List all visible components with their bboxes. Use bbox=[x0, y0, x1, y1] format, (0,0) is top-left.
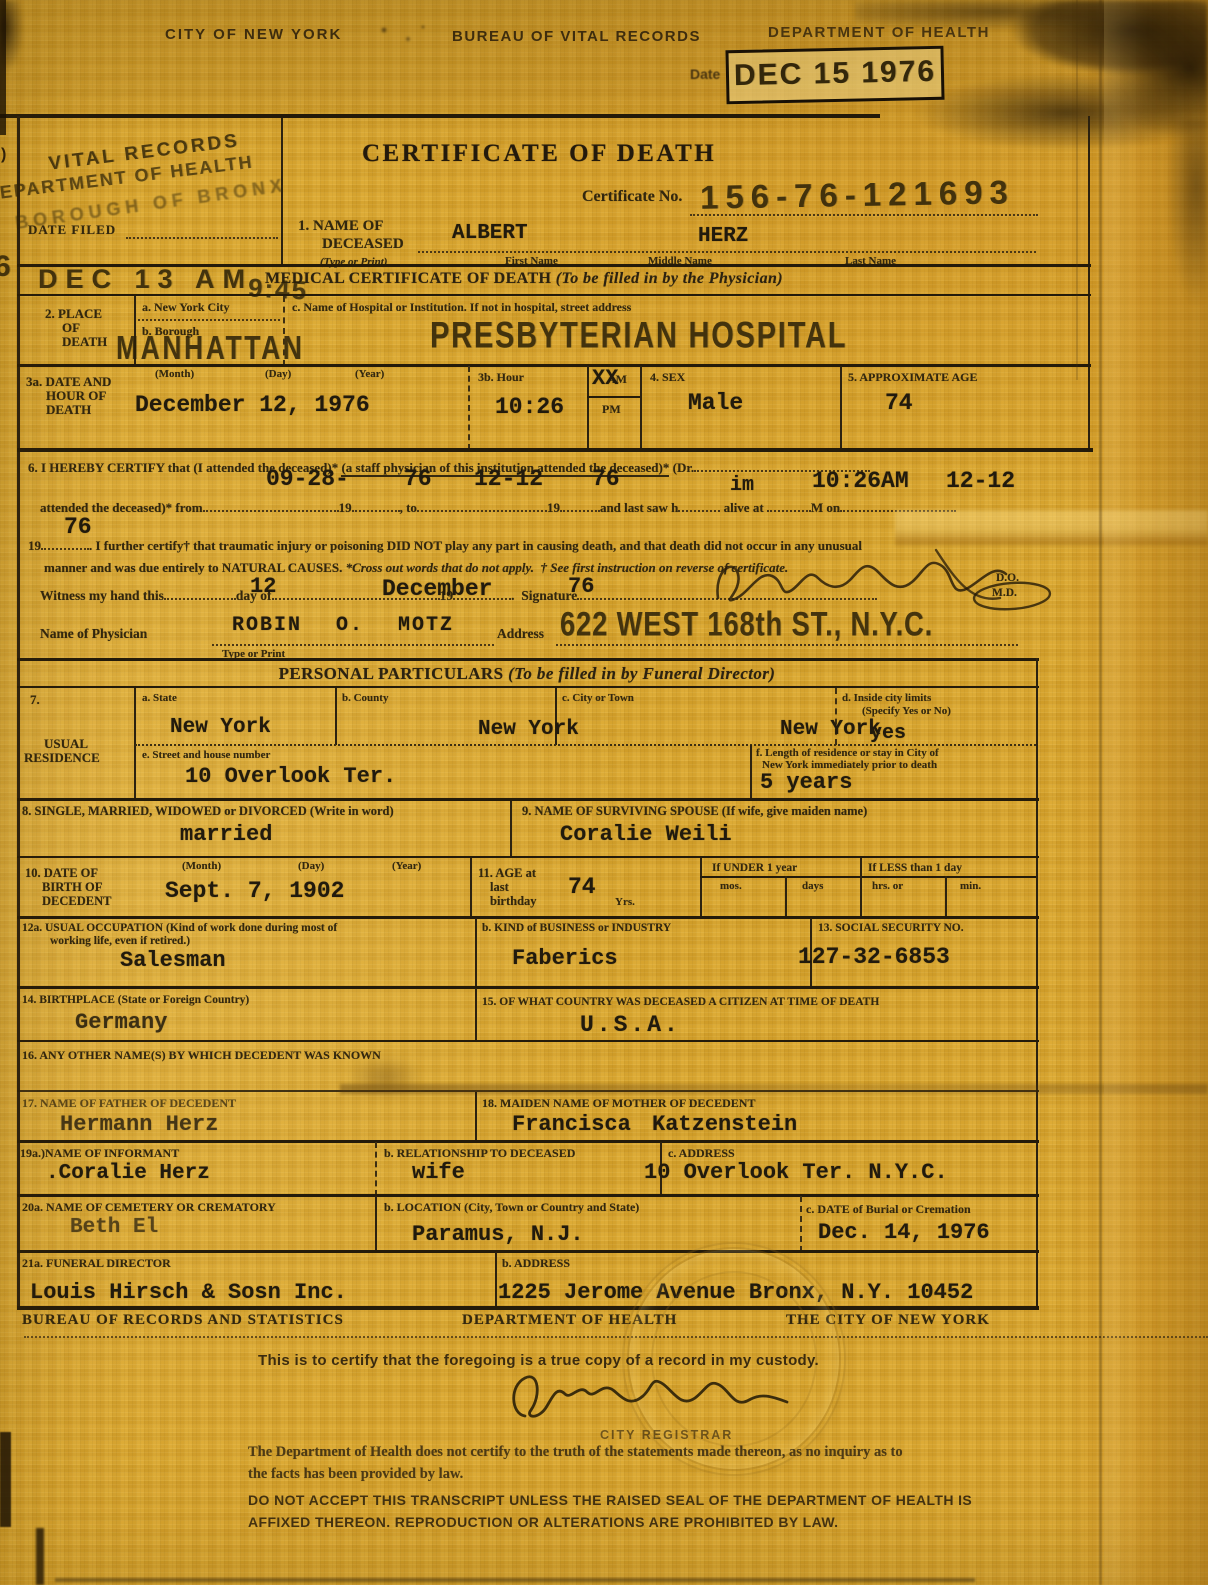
edge-mark-left-lower bbox=[0, 1432, 11, 1527]
place-divider-2 bbox=[283, 296, 285, 366]
hour-divider bbox=[468, 366, 470, 450]
r7-inner-dashed-line bbox=[135, 744, 1036, 746]
r7-county-value: New York bbox=[478, 718, 579, 741]
dots-h bbox=[41, 538, 89, 550]
r7-d-label-2: (Specify Yes or No) bbox=[862, 705, 951, 717]
medical-heading: MEDICAL CERTIFICATE OF DEATH (To be fill… bbox=[265, 270, 783, 288]
r10-num-3: DECEDENT bbox=[42, 894, 111, 909]
physician-name-value: ROBIN O. MOTZ bbox=[232, 614, 454, 637]
alive-on-date-value: 12-12 bbox=[946, 468, 1015, 494]
name-of-label: 1. NAME OF bbox=[298, 218, 383, 235]
alive-at-time-value: 10:26AM bbox=[812, 468, 909, 494]
dots-i bbox=[164, 588, 236, 600]
warning-line-2: AFFIXED THEREON. REPRODUCTION OR ALTERAT… bbox=[248, 1514, 838, 1530]
r20-div-bc bbox=[800, 1196, 802, 1252]
city-registrar-title: CITY REGISTRAR bbox=[600, 1428, 733, 1442]
rule-under-r1718 bbox=[17, 1140, 1039, 1143]
am-crossout-mark: XX bbox=[592, 366, 618, 391]
r7-length-residence-value: 5 years bbox=[760, 770, 852, 795]
r16-label: 16. ANY OTHER NAME(S) BY WHICH DECEDENT … bbox=[22, 1048, 381, 1063]
date-filed-label: DATE FILED bbox=[28, 222, 116, 238]
top-bureau-label: BUREAU OF VITAL RECORDS bbox=[452, 28, 701, 45]
r15-value: U.S.A. bbox=[580, 1012, 681, 1038]
attended-from-date: 09-28- bbox=[266, 466, 349, 492]
warning-line-1: DO NOT ACCEPT THIS TRANSCRIPT UNLESS THE… bbox=[248, 1492, 972, 1508]
r19-div-ab bbox=[375, 1142, 377, 1196]
rule-under-personal-heading bbox=[17, 686, 1039, 688]
dots-e bbox=[678, 500, 720, 512]
bottom-edge-shadow bbox=[55, 1578, 975, 1582]
deceased-label: DECEASED bbox=[322, 236, 404, 253]
r11-label-3: birthday bbox=[490, 894, 537, 909]
certify-line1c: (Dr. bbox=[669, 460, 694, 475]
medical-heading-note: (To be filled in by the Physician) bbox=[556, 270, 783, 287]
day-col-label: (Day) bbox=[265, 368, 291, 380]
r7-num: 7. bbox=[30, 692, 40, 708]
ampm-divider-right bbox=[640, 366, 642, 450]
r7-e-label: e. Street and house number bbox=[142, 749, 270, 761]
r20-div-ab bbox=[375, 1196, 377, 1252]
r10-num-1: 10. DATE OF bbox=[25, 866, 98, 881]
r19b-value: wife bbox=[412, 1160, 465, 1185]
r11-age-value: 74 bbox=[568, 874, 596, 900]
rule-under-r7 bbox=[17, 798, 1039, 801]
vertical-crease-main bbox=[1099, 0, 1102, 1585]
r19b-label: b. RELATIONSHIP TO DECEASED bbox=[384, 1146, 575, 1161]
year-col-label: (Year) bbox=[355, 368, 384, 380]
witness-label: Witness my hand this bbox=[40, 588, 164, 603]
r7-a-label: a. State bbox=[142, 692, 177, 704]
witness-year-value: 76 bbox=[568, 574, 594, 599]
top-rule bbox=[0, 114, 880, 118]
vertical-crease-faint bbox=[1076, 0, 1078, 380]
from-label: attended the deceased)* from bbox=[40, 500, 203, 515]
last-saw-him-value: im bbox=[730, 474, 754, 497]
r8-r9-divider bbox=[510, 801, 512, 858]
r12-value: Salesman bbox=[120, 948, 226, 973]
r21a-value: Louis Hirsch & Sosn Inc. bbox=[30, 1280, 347, 1305]
md-circle-mark bbox=[970, 578, 1060, 614]
r11-div-1 bbox=[785, 876, 787, 918]
place-hospital-value: PRESBYTERIAN HOSPITAL bbox=[430, 314, 847, 357]
sex-value: Male bbox=[688, 390, 743, 416]
rule-under-r1011 bbox=[17, 916, 1039, 919]
r12-label-1: 12a. USUAL OCCUPATION (Kind of work done… bbox=[22, 922, 337, 934]
rule-under-physician bbox=[17, 658, 1039, 661]
r7-side-label-2: RESIDENCE bbox=[24, 750, 100, 766]
on-year-value: 76 bbox=[64, 514, 92, 540]
received-date-stamp: DEC 13 AM bbox=[38, 264, 253, 295]
r20a-label: 20a. NAME OF CEMETERY OR CREMATORY bbox=[22, 1200, 276, 1215]
r11-min-label: min. bbox=[960, 880, 981, 892]
r19a-label: 19a.)NAME OF INFORMANT bbox=[20, 1146, 179, 1161]
r19c-value: 10 Overlook Ter. N.Y.C. bbox=[644, 1160, 948, 1185]
r11-hrs-label: hrs. or bbox=[872, 880, 903, 892]
r10-r11-divider bbox=[470, 858, 472, 918]
grime-right-edge bbox=[1150, 120, 1208, 340]
first-name-value: ALBERT bbox=[452, 222, 528, 245]
ampm-divider-left bbox=[587, 366, 589, 450]
r7-divider-ab bbox=[335, 688, 337, 745]
r12b-label: b. KIND of BUSINESS or INDUSTRY bbox=[482, 922, 671, 934]
r14-r15-divider bbox=[475, 988, 477, 1042]
footer-bureau: BUREAU OF RECORDS AND STATISTICS bbox=[22, 1312, 344, 1329]
r19a-value: .Coralie Herz bbox=[46, 1162, 210, 1185]
certify-line4: manner and was due entirely to NATURAL C… bbox=[44, 560, 788, 576]
r10-num-2: BIRTH OF bbox=[42, 880, 102, 895]
n19b: 19 bbox=[547, 500, 560, 515]
place-borough-value: MANHATTAN bbox=[116, 330, 304, 368]
r20c-value: Dec. 14, 1976 bbox=[818, 1220, 990, 1245]
r7-divider-ef bbox=[750, 745, 752, 800]
disclaimer-line-2: the facts has been provided by law. bbox=[248, 1466, 463, 1483]
r11-label-2: last bbox=[490, 880, 509, 895]
physician-name-label: Name of Physician bbox=[40, 626, 147, 642]
top-city-label: CITY OF NEW YORK bbox=[165, 26, 342, 43]
rule-under-medical-heading bbox=[17, 294, 1091, 296]
r15-label: 15. OF WHAT COUNTRY WAS DECEASED A CITIZ… bbox=[482, 996, 879, 1008]
margin-six-mark: 6 bbox=[0, 250, 11, 284]
age-label: 5. APPROXIMATE AGE bbox=[848, 370, 977, 385]
certificate-no-value: 156-76-121693 bbox=[700, 173, 1015, 216]
form-right-border-upper bbox=[1088, 116, 1090, 452]
n19a: 19 bbox=[339, 500, 352, 515]
margin-paren-mark: ) bbox=[1, 146, 6, 164]
witness-day-value: 12 bbox=[250, 574, 276, 599]
attended-to-date: 12-12 bbox=[474, 466, 543, 492]
left-edge-sliver bbox=[0, 0, 6, 135]
r10-year-label: (Year) bbox=[392, 860, 421, 872]
r11-div-3 bbox=[945, 876, 947, 918]
to-label: , to bbox=[400, 500, 417, 515]
r21b-label: b. ADDRESS bbox=[502, 1256, 570, 1271]
dots-d bbox=[560, 500, 600, 512]
r11-yrs-label: Yrs. bbox=[615, 896, 635, 908]
r11-subtable-hline bbox=[700, 876, 1036, 878]
r11-subtable-divider bbox=[700, 858, 702, 918]
dots-b bbox=[352, 500, 400, 512]
crease-dotted-line bbox=[24, 1336, 1208, 1338]
pm-label: PM bbox=[602, 402, 621, 417]
rule-under-r20 bbox=[17, 1250, 1039, 1253]
r21a-label: 21a. FUNERAL DIRECTOR bbox=[22, 1256, 171, 1271]
alive-label: alive at bbox=[724, 500, 764, 515]
rule-under-r1415 bbox=[17, 1040, 1039, 1042]
r8-label: 8. SINGLE, MARRIED, WIDOWED or DIVORCED … bbox=[22, 804, 394, 819]
ink-specks bbox=[372, 18, 432, 48]
r20a-value: Beth El bbox=[70, 1216, 158, 1239]
age-divider bbox=[840, 366, 842, 450]
certificate-title: CERTIFICATE OF DEATH bbox=[362, 140, 716, 168]
attended-to-year: 76 bbox=[592, 466, 620, 492]
crease-row17 bbox=[340, 1084, 1208, 1094]
r7-f-label: f. Length of residence or stay in City o… bbox=[756, 747, 939, 759]
saw-label: and last saw h bbox=[600, 500, 678, 515]
physician-name-dotted bbox=[212, 644, 494, 646]
r11-label-1: 11. AGE at bbox=[478, 866, 536, 881]
certify-line4a: manner and was due entirely to NATURAL C… bbox=[44, 560, 346, 575]
r20b-value: Paramus, N.J. bbox=[412, 1222, 584, 1247]
ampm-inner-line bbox=[587, 396, 640, 398]
age-value: 74 bbox=[885, 390, 913, 416]
r11-days-label: days bbox=[802, 880, 823, 892]
r18-label: 18. MAIDEN NAME OF MOTHER OF DECEDENT bbox=[482, 1096, 755, 1111]
stain-row16 bbox=[330, 1042, 440, 1106]
r7-b-label: b. County bbox=[342, 692, 388, 704]
m-on-label: M on bbox=[811, 500, 840, 515]
dots-c bbox=[417, 500, 547, 512]
r13-value: 127-32-6853 bbox=[798, 944, 950, 970]
personal-heading-note: (To be filled in by Funeral Director) bbox=[508, 664, 775, 683]
certificate-no-label: Certificate No. bbox=[582, 188, 682, 206]
r9-value: Coralie Weili bbox=[560, 822, 732, 847]
witness-month-value: December bbox=[382, 576, 492, 602]
r17-r18-divider bbox=[475, 1092, 477, 1142]
r20b-label: b. LOCATION (City, Town or Country and S… bbox=[384, 1200, 639, 1215]
attended-from-year: 76 bbox=[404, 466, 432, 492]
r11-mos-label: mos. bbox=[720, 880, 742, 892]
r10-day-label: (Day) bbox=[298, 860, 324, 872]
r7-street-value: 10 Overlook Ter. bbox=[185, 764, 396, 789]
r18-value: Francisca Katzenstein bbox=[512, 1112, 797, 1137]
r10-month-label: (Month) bbox=[182, 860, 221, 872]
form-right-border-lower bbox=[1036, 658, 1038, 1308]
r12b-value: Faberics bbox=[512, 946, 618, 971]
r8-value: married bbox=[180, 822, 272, 847]
certify-line4b: *Cross out words that do not apply. bbox=[346, 560, 534, 575]
top-date-label: Date bbox=[690, 66, 720, 82]
month-col-label: (Month) bbox=[155, 368, 194, 380]
registrar-signature-script bbox=[495, 1356, 825, 1434]
physician-address-value: 622 WEST 168th ST., N.Y.C. bbox=[560, 604, 933, 644]
place-a-dotted bbox=[138, 319, 280, 321]
death-certificate-scan: CITY OF NEW YORK BUREAU OF VITAL RECORDS… bbox=[0, 0, 1208, 1585]
place-num-3: DEATH bbox=[62, 334, 107, 350]
date-filed-dotted-line bbox=[126, 237, 278, 239]
r11-under-label: If UNDER 1 year bbox=[712, 862, 797, 874]
place-a-label: a. New York City bbox=[142, 300, 230, 315]
r13-label: 13. SOCIAL SECURITY NO. bbox=[818, 922, 964, 934]
rule-under-r19 bbox=[17, 1194, 1039, 1197]
r21-div-ab bbox=[495, 1252, 497, 1306]
personal-heading-main: PERSONAL PARTICULARS bbox=[279, 664, 508, 683]
r11-div-2 bbox=[860, 858, 862, 918]
datehour-num-3: DEATH bbox=[46, 402, 91, 418]
address-label: Address bbox=[497, 626, 544, 642]
sex-label: 4. SEX bbox=[650, 370, 685, 385]
r9-label: 9. NAME OF SURVIVING SPOUSE (If wife, gi… bbox=[522, 804, 867, 819]
r14-value: Germany bbox=[75, 1010, 167, 1035]
hour-label: 3b. Hour bbox=[478, 370, 524, 385]
r14-label: 14. BIRTHPLACE (State or Foreign Country… bbox=[22, 994, 249, 1006]
rule-under-r89 bbox=[17, 856, 1039, 858]
rule-under-r21 bbox=[17, 1306, 1039, 1310]
dots-a bbox=[203, 500, 339, 512]
r11-less-label: If LESS than 1 day bbox=[868, 862, 962, 874]
place-c-label: c. Name of Hospital or Institution. If n… bbox=[292, 300, 631, 315]
rule-under-r1213 bbox=[17, 986, 1039, 989]
n19c: 19 bbox=[28, 538, 41, 553]
r7-d-label: d. Inside city limits bbox=[842, 692, 931, 704]
hour-value: 10:26 bbox=[495, 394, 564, 420]
disclaimer-line-1: The Department of Health does not certif… bbox=[248, 1444, 903, 1461]
r7-c-label: c. City or Town bbox=[562, 692, 634, 704]
r10-value: Sept. 7, 1902 bbox=[165, 878, 344, 904]
r7-state-value: New York bbox=[170, 716, 271, 739]
r7-city-value: New York bbox=[780, 718, 881, 741]
vertical-crease-band bbox=[1104, 0, 1148, 1585]
r20c-label: c. DATE of Burial or Cremation bbox=[806, 1202, 971, 1217]
dots-f bbox=[767, 500, 811, 512]
r19c-label: c. ADDRESS bbox=[668, 1146, 735, 1161]
personal-heading: PERSONAL PARTICULARS (To be filled in by… bbox=[18, 664, 1036, 684]
edge-mark-bottom-left bbox=[36, 1528, 44, 1585]
name-dotted-line bbox=[418, 251, 1036, 253]
r7-inside-limits-value: yes bbox=[870, 722, 906, 745]
certify-line2: attended the deceased)* from19, to19and … bbox=[40, 500, 956, 516]
rule-under-datehour bbox=[17, 448, 1093, 452]
r12-divider bbox=[475, 918, 477, 988]
rule-under-place bbox=[17, 364, 1091, 367]
last-name-value: HERZ bbox=[698, 225, 748, 248]
r17-value: Hermann Herz bbox=[60, 1112, 218, 1137]
r17-label: 17. NAME OF FATHER OF DECEDENT bbox=[22, 1096, 236, 1111]
r12-label-2: working life, even if retired.) bbox=[50, 935, 190, 947]
date-of-death-value: December 12, 1976 bbox=[135, 392, 370, 418]
